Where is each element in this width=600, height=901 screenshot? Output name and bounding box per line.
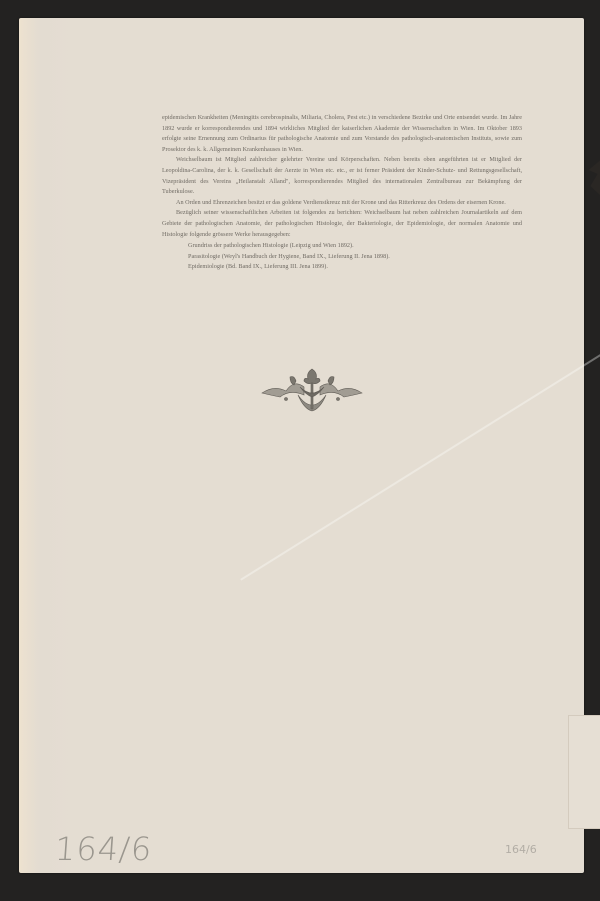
handwritten-catalog-number-small: 164/6 bbox=[505, 843, 537, 856]
works-list: Grundriss der pathologischen Histologie … bbox=[162, 241, 522, 273]
paragraph-1: epidemischen Krankheiten (Meningitis cer… bbox=[162, 113, 522, 155]
ornament-vignette-icon bbox=[260, 365, 364, 415]
handwritten-catalog-number: 164/6 bbox=[54, 830, 154, 868]
paper-tear bbox=[585, 158, 600, 198]
paragraph-2: Weichselbaum ist Mitglied zahlreicher ge… bbox=[162, 155, 522, 197]
paragraph-3: An Orden und Ehrenzeichen besitzt er das… bbox=[162, 198, 522, 209]
work-item: Grundriss der pathologischen Histologie … bbox=[188, 241, 522, 252]
work-item: Parasitologie (Weyl's Handbuch der Hygie… bbox=[188, 252, 522, 263]
body-text: epidemischen Krankheiten (Meningitis cer… bbox=[162, 113, 522, 273]
work-item: Epidemiologie (Bd. Band IX., Lieferung I… bbox=[188, 262, 522, 273]
paper-tab bbox=[568, 715, 600, 829]
paragraph-4: Bezüglich seiner wissenschaftlichen Arbe… bbox=[162, 208, 522, 240]
